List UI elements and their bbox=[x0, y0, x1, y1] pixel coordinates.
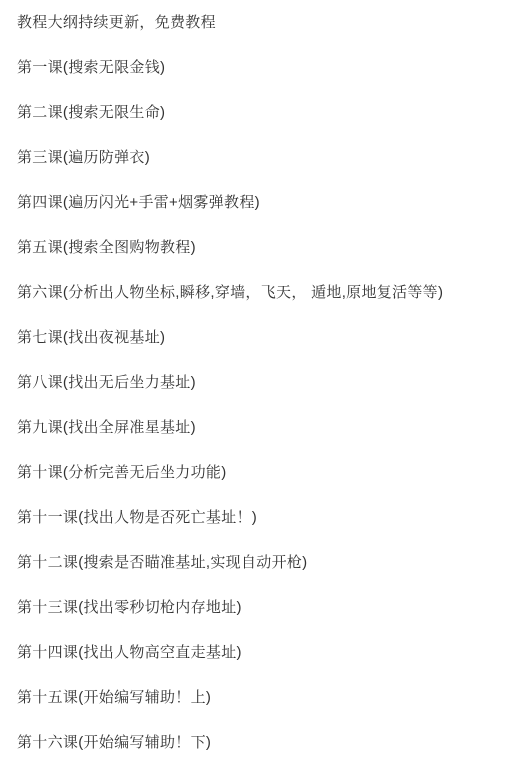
outline-header: 教程大纲持续更新，免费教程 bbox=[0, 0, 505, 45]
lesson-line-7: 第七课(找出夜视基址) bbox=[0, 315, 505, 360]
lesson-line-4: 第四课(遍历闪光+手雷+烟雾弹教程) bbox=[0, 180, 505, 225]
lesson-line-11: 第十一课(找出人物是否死亡基址！) bbox=[0, 495, 505, 540]
lesson-line-6: 第六课(分析出人物坐标,瞬移,穿墙，飞天， 遁地,原地复活等等) bbox=[0, 270, 505, 315]
lesson-line-5: 第五课(搜索全图购物教程) bbox=[0, 225, 505, 270]
lesson-line-14: 第十四课(找出人物高空直走基址) bbox=[0, 630, 505, 675]
lesson-line-15: 第十五课(开始编写辅助！上) bbox=[0, 675, 505, 720]
lesson-line-16: 第十六课(开始编写辅助！下) bbox=[0, 720, 505, 765]
lesson-line-2: 第二课(搜索无限生命) bbox=[0, 90, 505, 135]
lesson-line-1: 第一课(搜索无限金钱) bbox=[0, 45, 505, 90]
lesson-line-3: 第三课(遍历防弹衣) bbox=[0, 135, 505, 180]
lesson-line-12: 第十二课(搜索是否瞄准基址,实现自动开枪) bbox=[0, 540, 505, 585]
lesson-line-8: 第八课(找出无后坐力基址) bbox=[0, 360, 505, 405]
tutorial-outline-page: 教程大纲持续更新，免费教程 第一课(搜索无限金钱) 第二课(搜索无限生命) 第三… bbox=[0, 0, 505, 770]
lesson-line-9: 第九课(找出全屏准星基址) bbox=[0, 405, 505, 450]
lesson-line-13: 第十三课(找出零秒切枪内存地址) bbox=[0, 585, 505, 630]
lesson-line-10: 第十课(分析完善无后坐力功能) bbox=[0, 450, 505, 495]
